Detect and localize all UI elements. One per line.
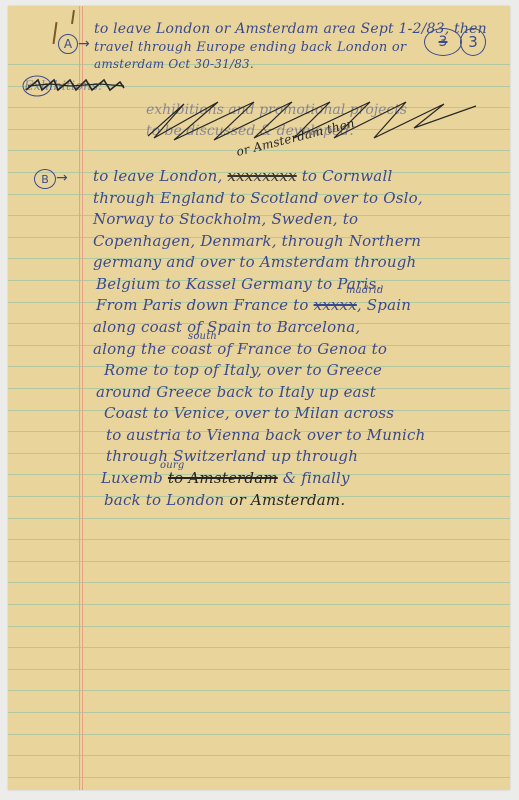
line-text: to leave London, [93, 167, 222, 185]
section-b-line-9: along the coast of France to Genoa to [93, 342, 387, 357]
ruled-line [8, 604, 510, 605]
section-a-line-1: to leave London or Amsterdam area Sept 1… [94, 22, 487, 36]
legal-pad-page: 3 3 A → to leave London or Amsterdam are… [8, 6, 510, 790]
section-b-marker: B [34, 169, 56, 189]
line-text: along the [93, 340, 166, 358]
line-text-rest: or Amsterdam. [229, 491, 345, 509]
section-b-line-16: back to London or Amsterdam. [104, 493, 345, 508]
section-b-line-4: Copenhagen, Denmark, through Northern [93, 234, 421, 249]
section-b-label: B [41, 173, 49, 186]
section-b-line-11: around Greece back to Italy up east [96, 385, 376, 400]
section-b-line-15: Luxemb to Amsterdam & finally [101, 471, 350, 486]
line-text-rest: to Cornwall [302, 167, 393, 185]
struck-paragraph-line-1: exhibitions and promotional projects [146, 102, 407, 118]
line-text-rest: , Spain [357, 296, 411, 314]
ruled-line [8, 777, 510, 778]
ruled-line [8, 690, 510, 691]
margin-line-left [79, 6, 80, 790]
arrow-right-icon: → [56, 170, 68, 186]
section-a-line-2: travel through Europe ending back London… [94, 41, 406, 54]
section-b-line-6: Belgium to Kassel Germany to Paris. [96, 277, 381, 292]
line-text: back to London [104, 491, 224, 509]
ruled-line [8, 582, 510, 583]
line-text: From Paris down France to [96, 296, 309, 314]
ruled-line [8, 626, 510, 627]
section-b-line-2: through England to Scotland over to Oslo… [93, 191, 423, 206]
line-text: Luxemb [101, 469, 163, 487]
ruled-line [8, 755, 510, 756]
struck-word: xxxxxxxx [227, 167, 296, 185]
ruled-line [8, 712, 510, 713]
struck-word: to Amsterdam [168, 469, 278, 487]
ruled-line [8, 64, 510, 65]
ruled-line [8, 647, 510, 648]
line-text-rest: coast of France to Genoa to [171, 340, 387, 358]
pencil-tick-mark [71, 10, 74, 24]
section-b-line-12: Coast to Venice, over to Milan across [104, 406, 394, 421]
section-b-line-1: to leave London, xxxxxxxx to Cornwall [93, 169, 392, 184]
ruled-line [8, 669, 510, 670]
ruled-line [8, 561, 510, 562]
ruled-line [8, 539, 510, 540]
insert-madrid: madrid [346, 286, 383, 296]
section-a-label: A [64, 37, 72, 51]
struck-word: xxxxx [314, 296, 357, 314]
section-a-marker: A [58, 34, 78, 54]
section-b-line-14: through Switzerland up through [106, 449, 358, 464]
section-b-line-3: Norway to Stockholm, Sweden, to [93, 212, 358, 227]
arrow-right-icon: → [78, 36, 90, 52]
ruled-line [8, 518, 510, 519]
section-b-line-5: germany and over to Amsterdam through [93, 255, 416, 270]
section-b-line-10: Rome to top of Italy, over to Greece [104, 363, 382, 378]
struck-heading: Exhibitions: [24, 79, 102, 94]
pencil-tick-mark [52, 22, 57, 44]
section-b-line-8: along coast of Spain to Barcelona, [93, 320, 360, 335]
section-a-line-3: amsterdam Oct 30-31/83. [94, 58, 254, 70]
section-b-line-13: to austria to Vienna back over to Munich [106, 428, 425, 443]
ruled-line [8, 734, 510, 735]
margin-line-right [82, 6, 83, 790]
line-text-rest: & finally [283, 469, 350, 487]
section-b-line-7: From Paris down France to xxxxx, Spain [96, 298, 411, 313]
